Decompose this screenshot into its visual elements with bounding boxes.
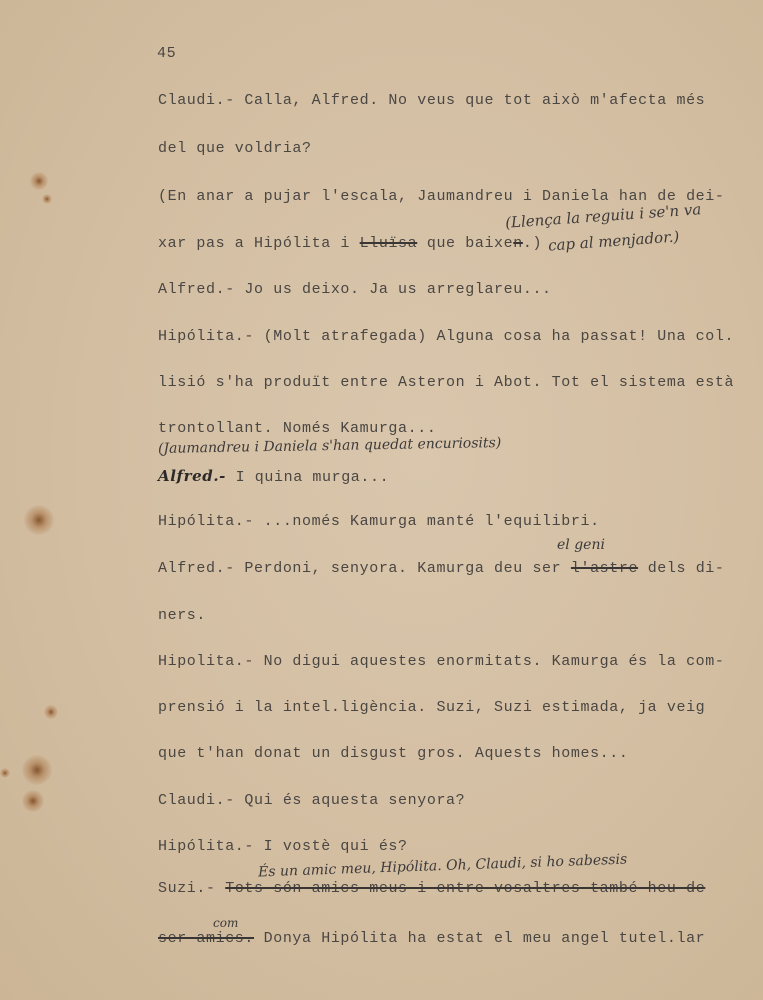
script-line: ners. — [158, 607, 206, 624]
text-fragment: .) — [523, 235, 542, 252]
foxing-stain — [22, 790, 44, 812]
script-line: Hipólita.- (Molt atrafegada) Alguna cosa… — [158, 328, 734, 345]
script-line: trontollant. Només Kamurga... — [158, 420, 436, 437]
script-line: ser amics. Donya Hipólita ha estat el me… — [158, 930, 705, 947]
text-fragment: Suzi.- — [158, 880, 225, 897]
struck-text: Lluïsa — [360, 235, 418, 252]
script-line: que t'han donat un disgust gros. Aquests… — [158, 745, 628, 762]
handwritten-annotation: com — [213, 916, 238, 930]
handwritten-annotation: És un amic meu, Hipólita. Oh, Claudi, si… — [258, 852, 628, 881]
script-line: prensió i la intel.ligència. Suzi, Suzi … — [158, 699, 705, 716]
foxing-stain — [42, 194, 52, 204]
script-line: Alfred.- I quina murga... — [158, 467, 389, 486]
struck-text: n — [513, 235, 523, 252]
script-line: Claudi.- Qui és aquesta senyora? — [158, 792, 465, 809]
foxing-stain — [44, 705, 58, 719]
script-line: Alfred.- Perdoni, senyora. Kamurga deu s… — [158, 560, 725, 577]
script-line: Hipólita.- ...només Kamurga manté l'equi… — [158, 513, 600, 530]
script-line: Hipólita.- I vostè qui és? — [158, 838, 408, 855]
handwritten-annotation: el geni — [557, 537, 605, 553]
script-line: Claudi.- Calla, Alfred. No veus que tot … — [158, 92, 705, 109]
struck-text: l'astre — [571, 560, 638, 577]
text-fragment: I quina murga... — [226, 469, 389, 486]
text-fragment: xar pas a Hipólita i — [158, 235, 360, 252]
struck-text: ser amics. — [158, 930, 254, 947]
handwritten-annotation: (Jaumandreu i Daniela s'han quedat encur… — [158, 435, 501, 457]
script-line: Hipolita.- No digui aquestes enormitats.… — [158, 653, 725, 670]
text-fragment: que baixe — [417, 235, 513, 252]
text-fragment: Alfred.- Perdoni, senyora. Kamurga deu s… — [158, 560, 571, 577]
foxing-stain — [24, 505, 54, 535]
script-line: lisió s'ha produït entre Asteron i Abot.… — [158, 374, 734, 391]
stage-direction-line: (En anar a pujar l'escala, Jaumandreu i … — [158, 188, 725, 205]
script-line: del que voldria? — [158, 140, 312, 157]
stage-direction-line: xar pas a Hipólita i Lluïsa que baixen.) — [158, 235, 542, 252]
foxing-stain — [0, 768, 10, 778]
page-number: 45 — [157, 45, 176, 62]
foxing-stain — [22, 755, 52, 785]
handwritten-annotation: cap al menjador.) — [548, 227, 680, 254]
document-page: 45 Claudi.- Calla, Alfred. No veus que t… — [0, 0, 763, 1000]
text-fragment: Donya Hipólita ha estat el meu angel tut… — [254, 930, 705, 947]
struck-text: Tots són amics meus i entre vosaltres ta… — [225, 880, 705, 897]
script-line: Suzi.- Tots són amics meus i entre vosal… — [158, 880, 705, 897]
foxing-stain — [30, 172, 48, 190]
text-fragment: dels di- — [638, 560, 724, 577]
handwritten-speaker: Alfred.- — [158, 467, 226, 485]
script-line: Alfred.- Jo us deixo. Ja us arreglareu..… — [158, 281, 552, 298]
